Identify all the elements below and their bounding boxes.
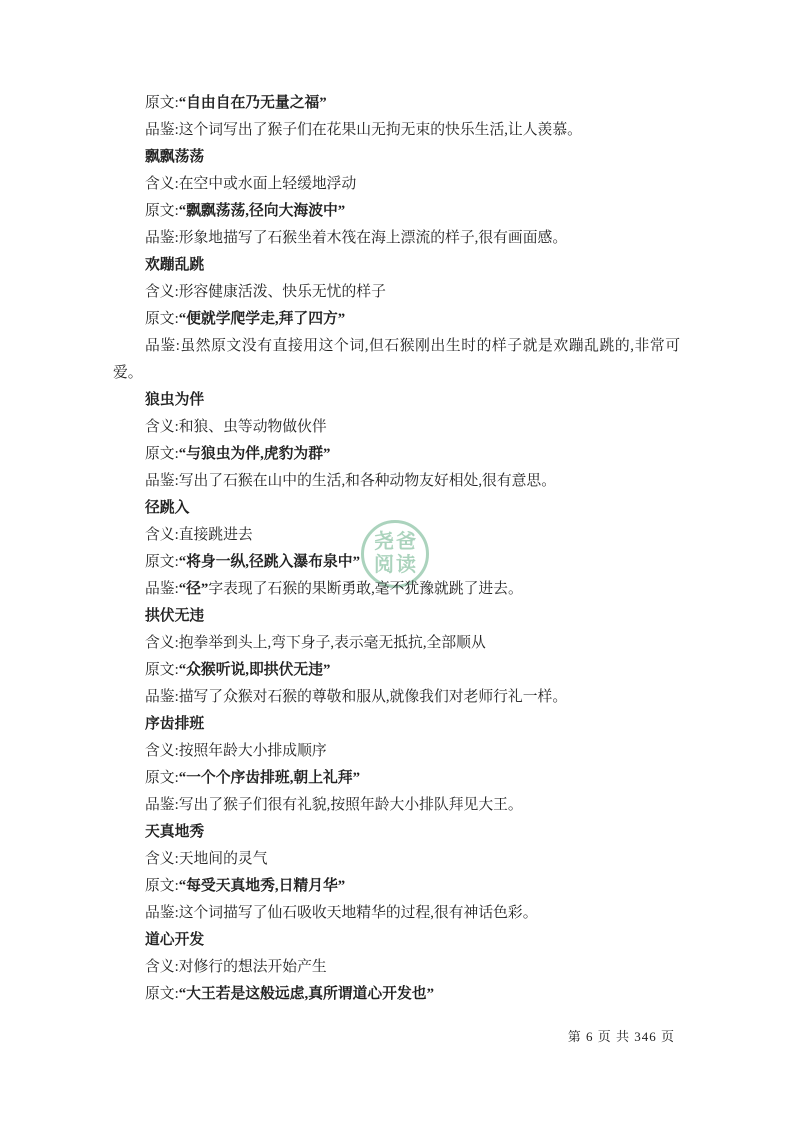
entry-meaning: 含义:对修行的想法开始产生 xyxy=(113,954,680,981)
entry-meaning: 含义:形容健康活泼、快乐无忧的样子 xyxy=(113,279,680,306)
entry-word: 狼虫为伴 xyxy=(113,387,680,414)
document-page: 尧爸 阅读 原文:“自由自在乃无量之福”品鉴:这个词写出了猴子们在花果山无拘无束… xyxy=(0,0,793,1122)
entry-original: 原文:“便就学爬学走,拜了四方” xyxy=(113,306,680,333)
page-footer: 第 6 页 共 346 页 xyxy=(568,1028,675,1045)
page-number-text: 第 6 页 共 346 页 xyxy=(568,1029,675,1044)
entry-word: 欢蹦乱跳 xyxy=(113,252,680,279)
entry-original: 原文:“将身一纵,径跳入瀑布泉中” xyxy=(113,549,680,576)
entry-original: 原文:“一个个序齿排班,朝上礼拜” xyxy=(113,765,680,792)
entry-meaning: 含义:按照年龄大小排成顺序 xyxy=(113,738,680,765)
entry-meaning: 含义:天地间的灵气 xyxy=(113,846,680,873)
entry-word: 序齿排班 xyxy=(113,711,680,738)
entry-original: 原文:“众猴听说,即拱伏无违” xyxy=(113,657,680,684)
entry-appreciation: 品鉴:“径”字表现了石猴的果断勇敢,毫不犹豫就跳了进去。 xyxy=(113,576,680,603)
entry-original: 原文:“与狼虫为伴,虎豹为群” xyxy=(113,441,680,468)
entry-appreciation: 品鉴:描写了众猴对石猴的尊敬和服从,就像我们对老师行礼一样。 xyxy=(113,684,680,711)
entry-original: 原文:“飘飘荡荡,径向大海波中” xyxy=(113,198,680,225)
entry-word: 径跳入 xyxy=(113,495,680,522)
entry-word: 天真地秀 xyxy=(113,819,680,846)
entry-appreciation: 品鉴:这个词描写了仙石吸收天地精华的过程,很有神话色彩。 xyxy=(113,900,680,927)
entry-original: 原文:“大王若是这般远虑,真所谓道心开发也” xyxy=(113,981,680,1008)
entry-appreciation: 品鉴:写出了石猴在山中的生活,和各种动物友好相处,很有意思。 xyxy=(113,468,680,495)
entry-appreciation: 品鉴:这个词写出了猴子们在花果山无拘无束的快乐生活,让人羡慕。 xyxy=(113,117,680,144)
entry-appreciation: 品鉴:写出了猴子们很有礼貌,按照年龄大小排队拜见大王。 xyxy=(113,792,680,819)
entry-word: 道心开发 xyxy=(113,927,680,954)
entry-meaning: 含义:在空中或水面上轻缓地浮动 xyxy=(113,171,680,198)
document-body: 原文:“自由自在乃无量之福”品鉴:这个词写出了猴子们在花果山无拘无束的快乐生活,… xyxy=(113,90,680,1008)
entry-original: 原文:“每受天真地秀,日精月华” xyxy=(113,873,680,900)
entry-meaning: 含义:抱拳举到头上,弯下身子,表示毫无抵抗,全部顺从 xyxy=(113,630,680,657)
entry-word: 飘飘荡荡 xyxy=(113,144,680,171)
entry-word: 拱伏无违 xyxy=(113,603,680,630)
entry-original: 原文:“自由自在乃无量之福” xyxy=(113,90,680,117)
entry-appreciation: 品鉴:虽然原文没有直接用这个词,但石猴刚出生时的样子就是欢蹦乱跳的,非常可爱。 xyxy=(113,333,680,387)
entry-meaning: 含义:和狼、虫等动物做伙伴 xyxy=(113,414,680,441)
entry-meaning: 含义:直接跳进去 xyxy=(113,522,680,549)
entry-appreciation: 品鉴:形象地描写了石猴坐着木筏在海上漂流的样子,很有画面感。 xyxy=(113,225,680,252)
